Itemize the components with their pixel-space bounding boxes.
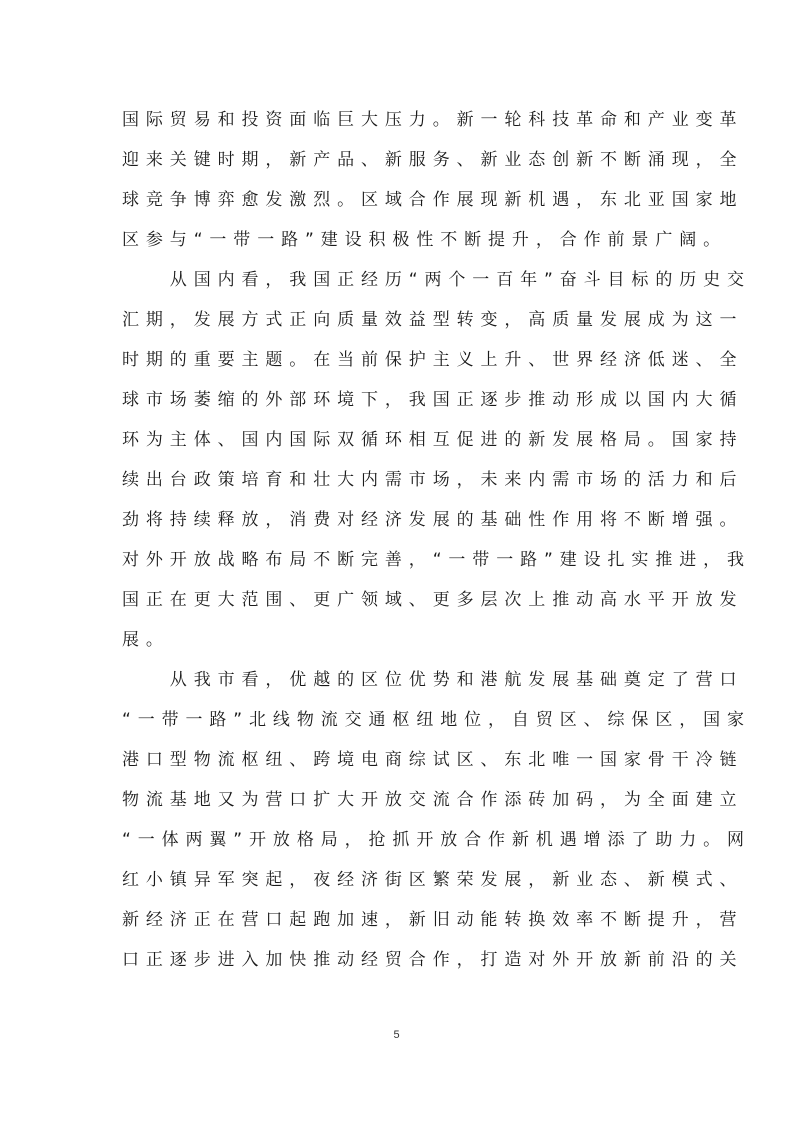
text-line: 劲将持续释放，消费对经济发展的基础性作用将不断增强。 (122, 500, 674, 540)
text-line: 迎来关键时期，新产品、新服务、新业态创新不断涌现，全 (122, 140, 674, 180)
text-line: 球竞争博弈愈发激烈。区域合作展现新机遇，东北亚国家地 (122, 180, 674, 220)
text-line: “一体两翼”开放格局，抢抓开放合作新机遇增添了助力。网 (122, 820, 674, 860)
document-page: 国际贸易和投资面临巨大压力。新一轮科技革命和产业变革 迎来关键时期，新产品、新服… (122, 100, 674, 980)
text-line: 环为主体、国内国际双循环相互促进的新发展格局。国家持 (122, 420, 674, 460)
text-line: 区参与“一带一路”建设积极性不断提升，合作前景广阔。 (122, 220, 674, 260)
text-line: 从我市看，优越的区位优势和港航发展基础奠定了营口 (122, 660, 674, 700)
text-line: 国正在更大范围、更广领域、更多层次上推动高水平开放发 (122, 580, 674, 620)
text-line: 展。 (122, 620, 674, 660)
text-line: 时期的重要主题。在当前保护主义上升、世界经济低迷、全 (122, 340, 674, 380)
text-line: 新经济正在营口起跑加速，新旧动能转换效率不断提升，营 (122, 900, 674, 940)
text-line: 物流基地又为营口扩大开放交流合作添砖加码，为全面建立 (122, 780, 674, 820)
text-line: 续出台政策培育和壮大内需市场，未来内需市场的活力和后 (122, 460, 674, 500)
paragraph-domestic-context: 从国内看，我国正经历“两个一百年”奋斗目标的历史交 汇期，发展方式正向质量效益型… (122, 260, 674, 660)
text-line: 国际贸易和投资面临巨大压力。新一轮科技革命和产业变革 (122, 100, 674, 140)
text-line: “一带一路”北线物流交通枢纽地位，自贸区、综保区，国家 (122, 700, 674, 740)
text-line: 红小镇异军突起，夜经济街区繁荣发展，新业态、新模式、 (122, 860, 674, 900)
page-number: 5 (0, 1029, 793, 1041)
paragraph-international-context: 国际贸易和投资面临巨大压力。新一轮科技革命和产业变革 迎来关键时期，新产品、新服… (122, 100, 674, 260)
text-line: 港口型物流枢纽、跨境电商综试区、东北唯一国家骨干冷链 (122, 740, 674, 780)
paragraph-city-context: 从我市看，优越的区位优势和港航发展基础奠定了营口 “一带一路”北线物流交通枢纽地… (122, 660, 674, 980)
text-line: 汇期，发展方式正向质量效益型转变，高质量发展成为这一 (122, 300, 674, 340)
text-line: 球市场萎缩的外部环境下，我国正逐步推动形成以国内大循 (122, 380, 674, 420)
text-line: 口正逐步进入加快推动经贸合作，打造对外开放新前沿的关 (122, 940, 674, 980)
text-line: 从国内看，我国正经历“两个一百年”奋斗目标的历史交 (122, 260, 674, 300)
text-line: 对外开放战略布局不断完善，“一带一路”建设扎实推进，我 (122, 540, 674, 580)
